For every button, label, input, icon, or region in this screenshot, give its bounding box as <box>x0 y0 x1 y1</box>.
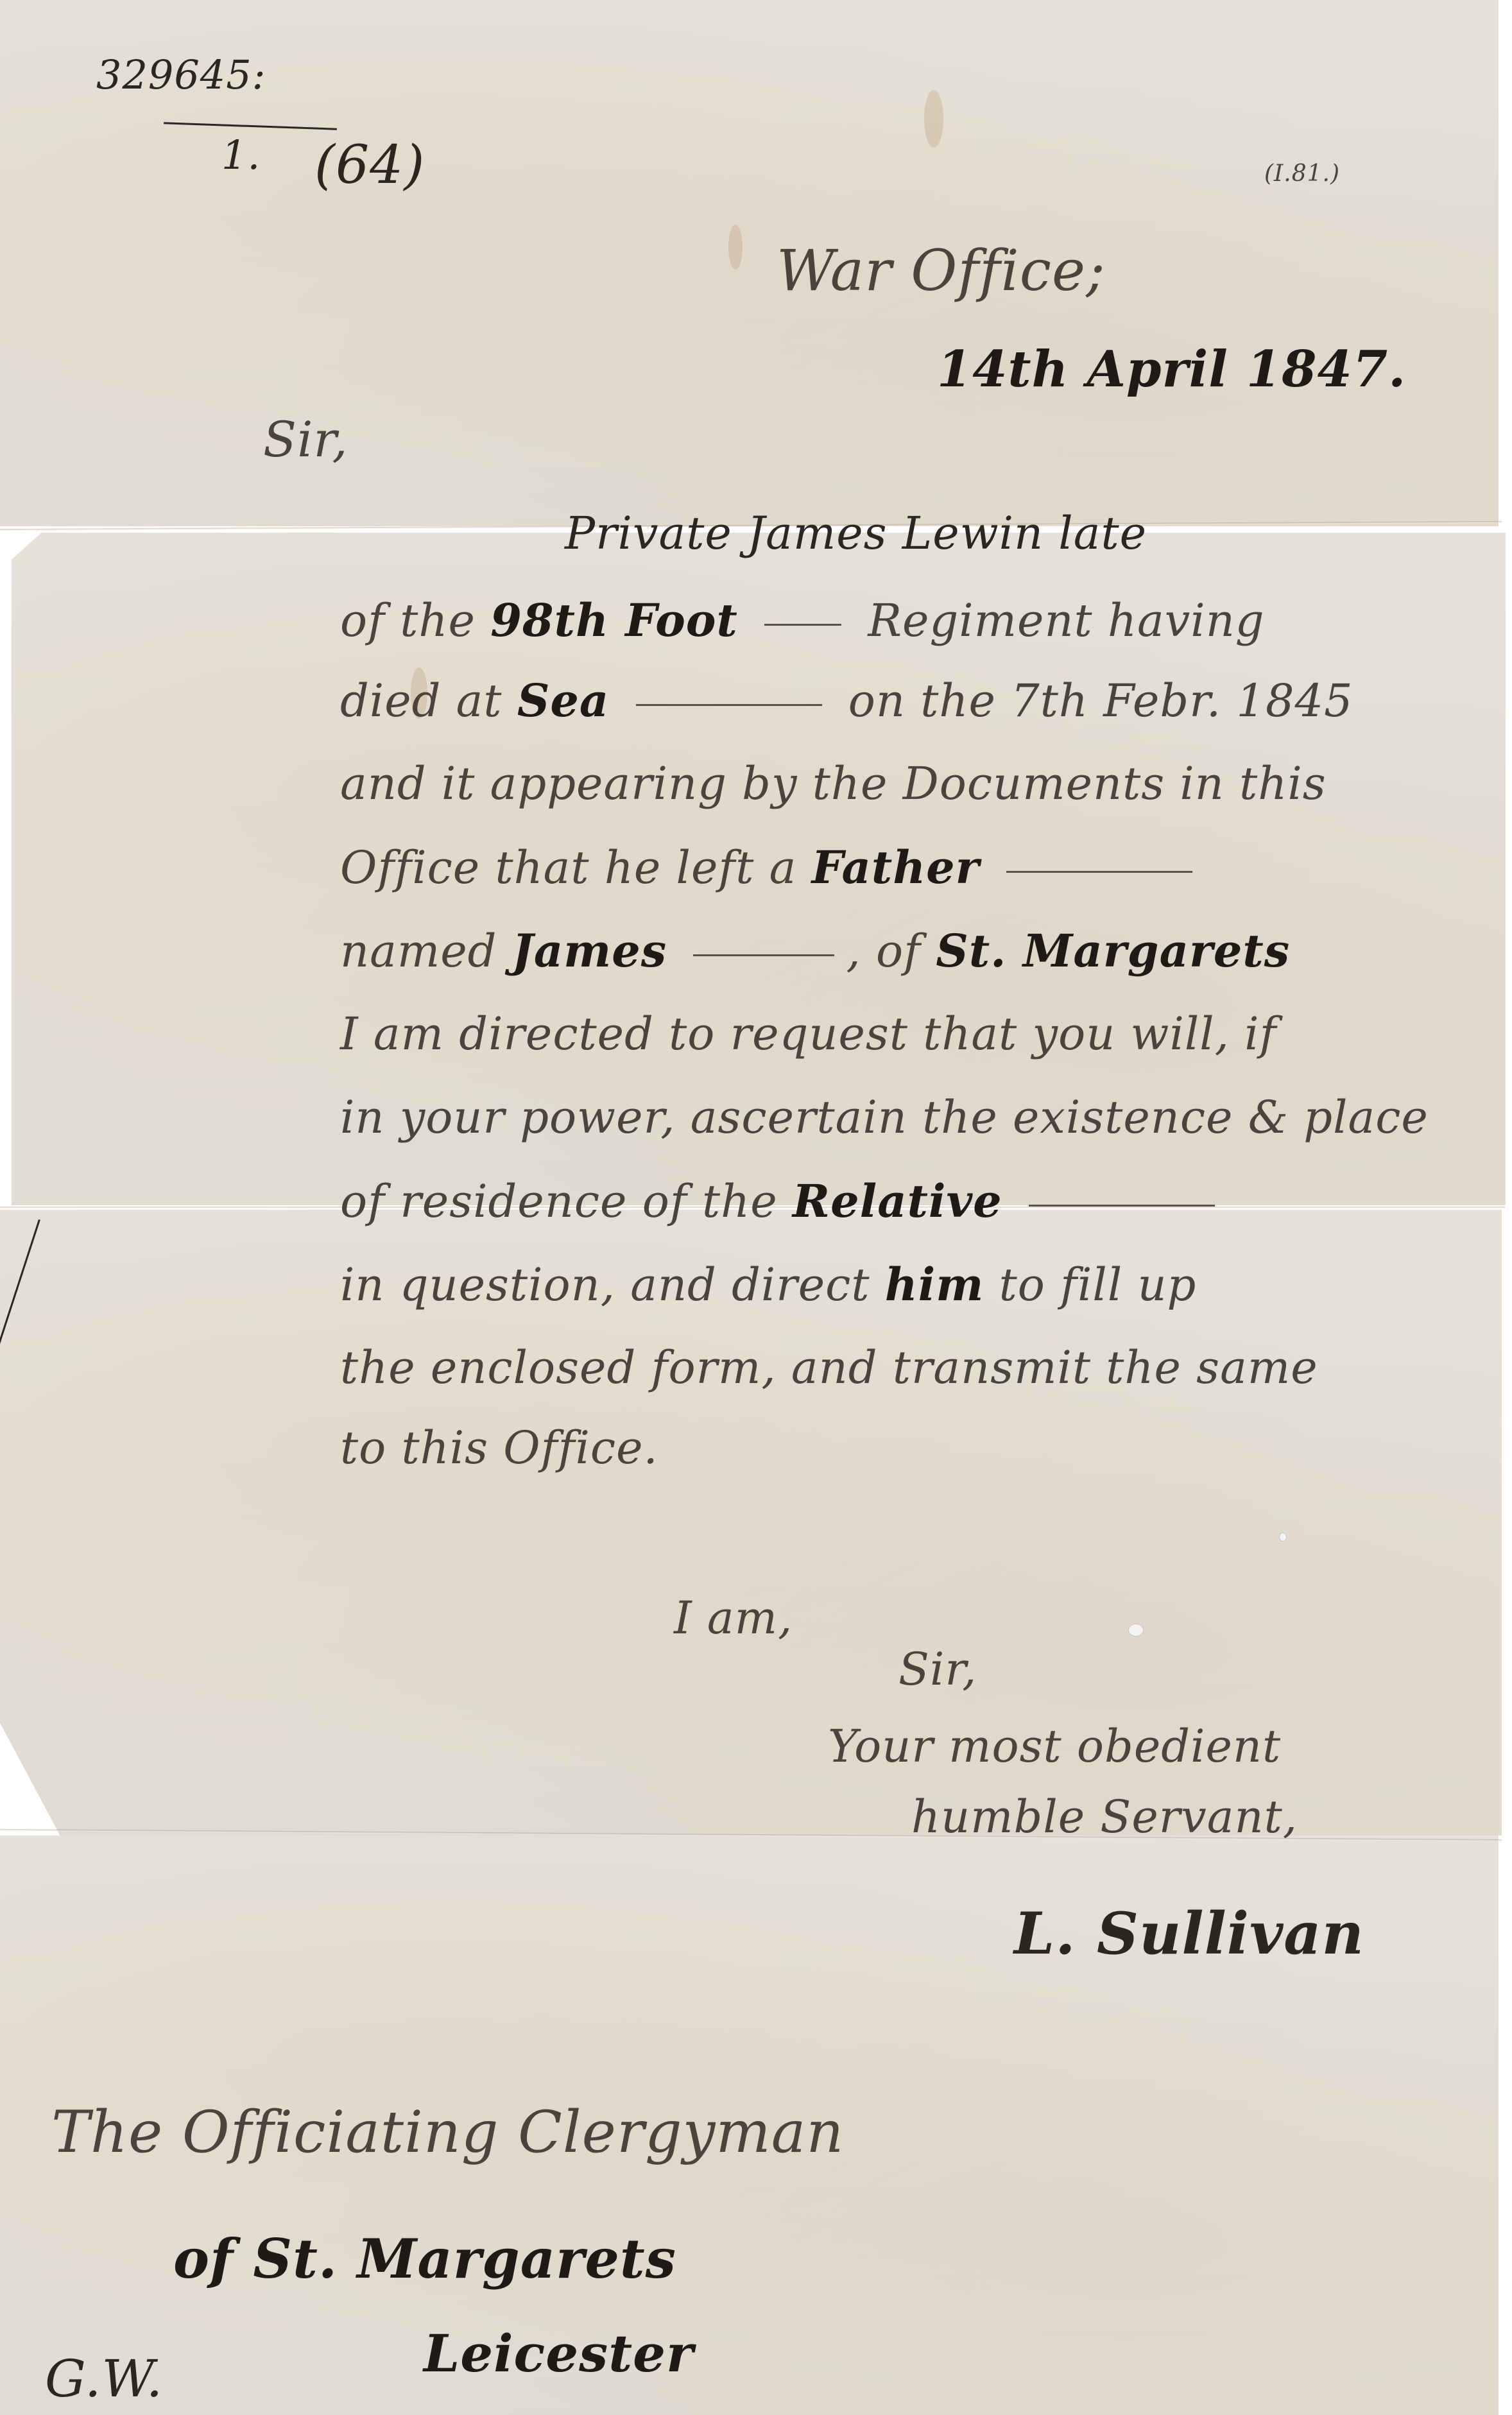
filled-regiment: 98th Foot <box>490 594 738 647</box>
body-line-4: and it appearing by the Documents in thi… <box>340 757 1327 810</box>
body-line-11: the enclosed form, and transmit the same <box>340 1341 1318 1394</box>
foxing-stain <box>728 225 743 270</box>
letter-date: 14th April 1847. <box>937 340 1406 399</box>
body-line-8: in your power, ascertain the existence &… <box>340 1091 1429 1144</box>
body-line-12: to this Office. <box>340 1422 658 1474</box>
closing-line-3: Your most obedient <box>828 1720 1281 1773</box>
filled-relation: Father <box>812 841 980 894</box>
body-text: of residence of the <box>340 1175 778 1228</box>
body-line-5: Office that he left a Father <box>340 841 1204 894</box>
form-blank <box>693 954 834 956</box>
body-text: died at <box>340 675 503 727</box>
closing-line-4: humble Servant, <box>911 1791 1298 1843</box>
body-text: in question, and direct <box>340 1259 870 1311</box>
body-text: on the 7th Febr. 1845 <box>848 675 1353 727</box>
address-initials: G.W. <box>45 2349 163 2409</box>
salutation: Sir, <box>263 411 348 468</box>
paper-hole <box>1279 1533 1287 1542</box>
signature: L. Sullivan <box>1014 1900 1364 1968</box>
body-text: named <box>340 925 497 977</box>
letter-sheet: 329645: 1. (64) (I.81.) War Office; 14th… <box>0 0 1512 2415</box>
reference-corner: (I.81.) <box>1264 160 1340 187</box>
letter-place: War Office; <box>777 237 1106 304</box>
foxing-stain <box>924 90 943 148</box>
reference-sub: 1. <box>221 132 261 178</box>
form-blank <box>764 624 841 626</box>
form-blank <box>1029 1205 1215 1207</box>
body-text: Regiment having <box>868 594 1264 647</box>
closing-line-1: I am, <box>674 1592 793 1644</box>
closing-line-2: Sir, <box>898 1643 977 1696</box>
filled-pronoun: him <box>885 1258 984 1311</box>
body-line-7: I am directed to request that you will, … <box>340 1008 1276 1060</box>
address-recipient: The Officiating Clergyman <box>51 2099 844 2166</box>
body-line-2: of the 98th Foot Regiment having <box>340 594 1265 647</box>
address-parish: of St. Margarets <box>173 2227 676 2290</box>
body-line-3: died at Sea on the 7th Febr. 1845 <box>340 674 1353 727</box>
body-text: Office that he left a <box>340 841 796 894</box>
form-blank <box>636 704 822 706</box>
body-line-9: of residence of the Relative <box>340 1174 1226 1228</box>
body-line-6: named James , of St. Margarets <box>340 924 1290 977</box>
body-line-10: in question, and direct him to fill up <box>340 1258 1196 1311</box>
address-town: Leicester <box>424 2323 694 2384</box>
body-text: , of <box>846 925 921 977</box>
reference-number: 329645: <box>96 51 266 98</box>
body-line-1: Private James Lewin late <box>565 507 1147 560</box>
body-text: of the <box>340 594 476 647</box>
filled-name: James <box>512 924 667 977</box>
form-blank <box>1006 871 1192 873</box>
filled-parish: St. Margarets <box>936 924 1290 977</box>
reference-bracketed: (64) <box>314 135 425 196</box>
filled-relative: Relative <box>793 1174 1002 1228</box>
body-text: to fill up <box>999 1259 1197 1311</box>
filled-place-of-death: Sea <box>517 674 609 727</box>
paper-hole <box>1128 1624 1144 1637</box>
